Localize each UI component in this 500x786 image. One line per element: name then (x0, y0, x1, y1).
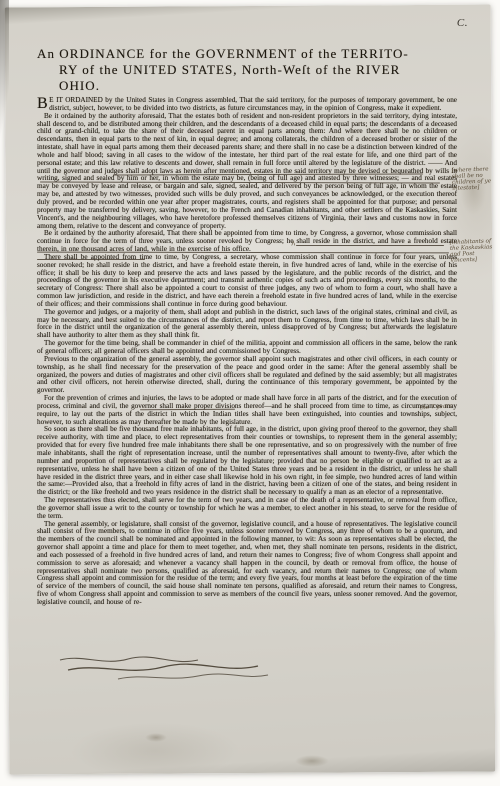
body-paragraph: The governor and judges, or a majority o… (37, 309, 457, 340)
body-paragraph: The general assembly, or legislature, sh… (37, 521, 457, 607)
signature-mark: C. (457, 17, 468, 29)
title-line-2: RY of the UNITED STATES, North-Weſt of t… (37, 62, 457, 78)
hand-underline (37, 259, 145, 260)
ink-scribble-mark (58, 652, 288, 684)
document-title: An ORDINANCE for the GOVERNMENT of the T… (37, 46, 457, 94)
stain (145, 733, 167, 742)
hand-underline (296, 245, 444, 246)
stain (460, 165, 486, 215)
title-line-3: OHIO. (37, 78, 457, 94)
body-paragraph: BE IT ORDAINED by the United States in C… (37, 97, 457, 113)
body-paragraph: For the prevention of crimes and injurie… (37, 395, 457, 426)
printed-content: An ORDINANCE for the GOVERNMENT of the T… (37, 46, 457, 607)
body-paragraph: So soon as there shall be five thousand … (37, 426, 457, 497)
margin-note-inhabitants: [inhabitants of the Kaskaskias and Post … (450, 238, 499, 264)
title-line-1: An ORDINANCE for the GOVERNMENT of the T… (37, 46, 457, 62)
document-scan: C. An ORDINANCE for the GOVERNMENT of th… (0, 0, 500, 786)
caret-insertion-mark: ^ (291, 239, 296, 250)
stain (295, 755, 329, 767)
paper-torn-edge (0, 0, 9, 150)
body-paragraph: There shall be appointed from time to ti… (37, 254, 457, 309)
paragraph-text: E IT ORDAINED by the United States in Co… (49, 96, 457, 112)
body-paragraph: Be it ordained by the authority aforesai… (37, 230, 457, 254)
body-paragraph: The governor for the time being, shall b… (37, 340, 457, 356)
drop-cap: B (37, 97, 49, 111)
body-paragraph: The representatives thus elected, shall … (37, 497, 457, 521)
body-paragraph: Previous to the organization of the gene… (37, 356, 457, 395)
body-paragraph: Be it ordained by the authority aforesai… (37, 113, 457, 231)
